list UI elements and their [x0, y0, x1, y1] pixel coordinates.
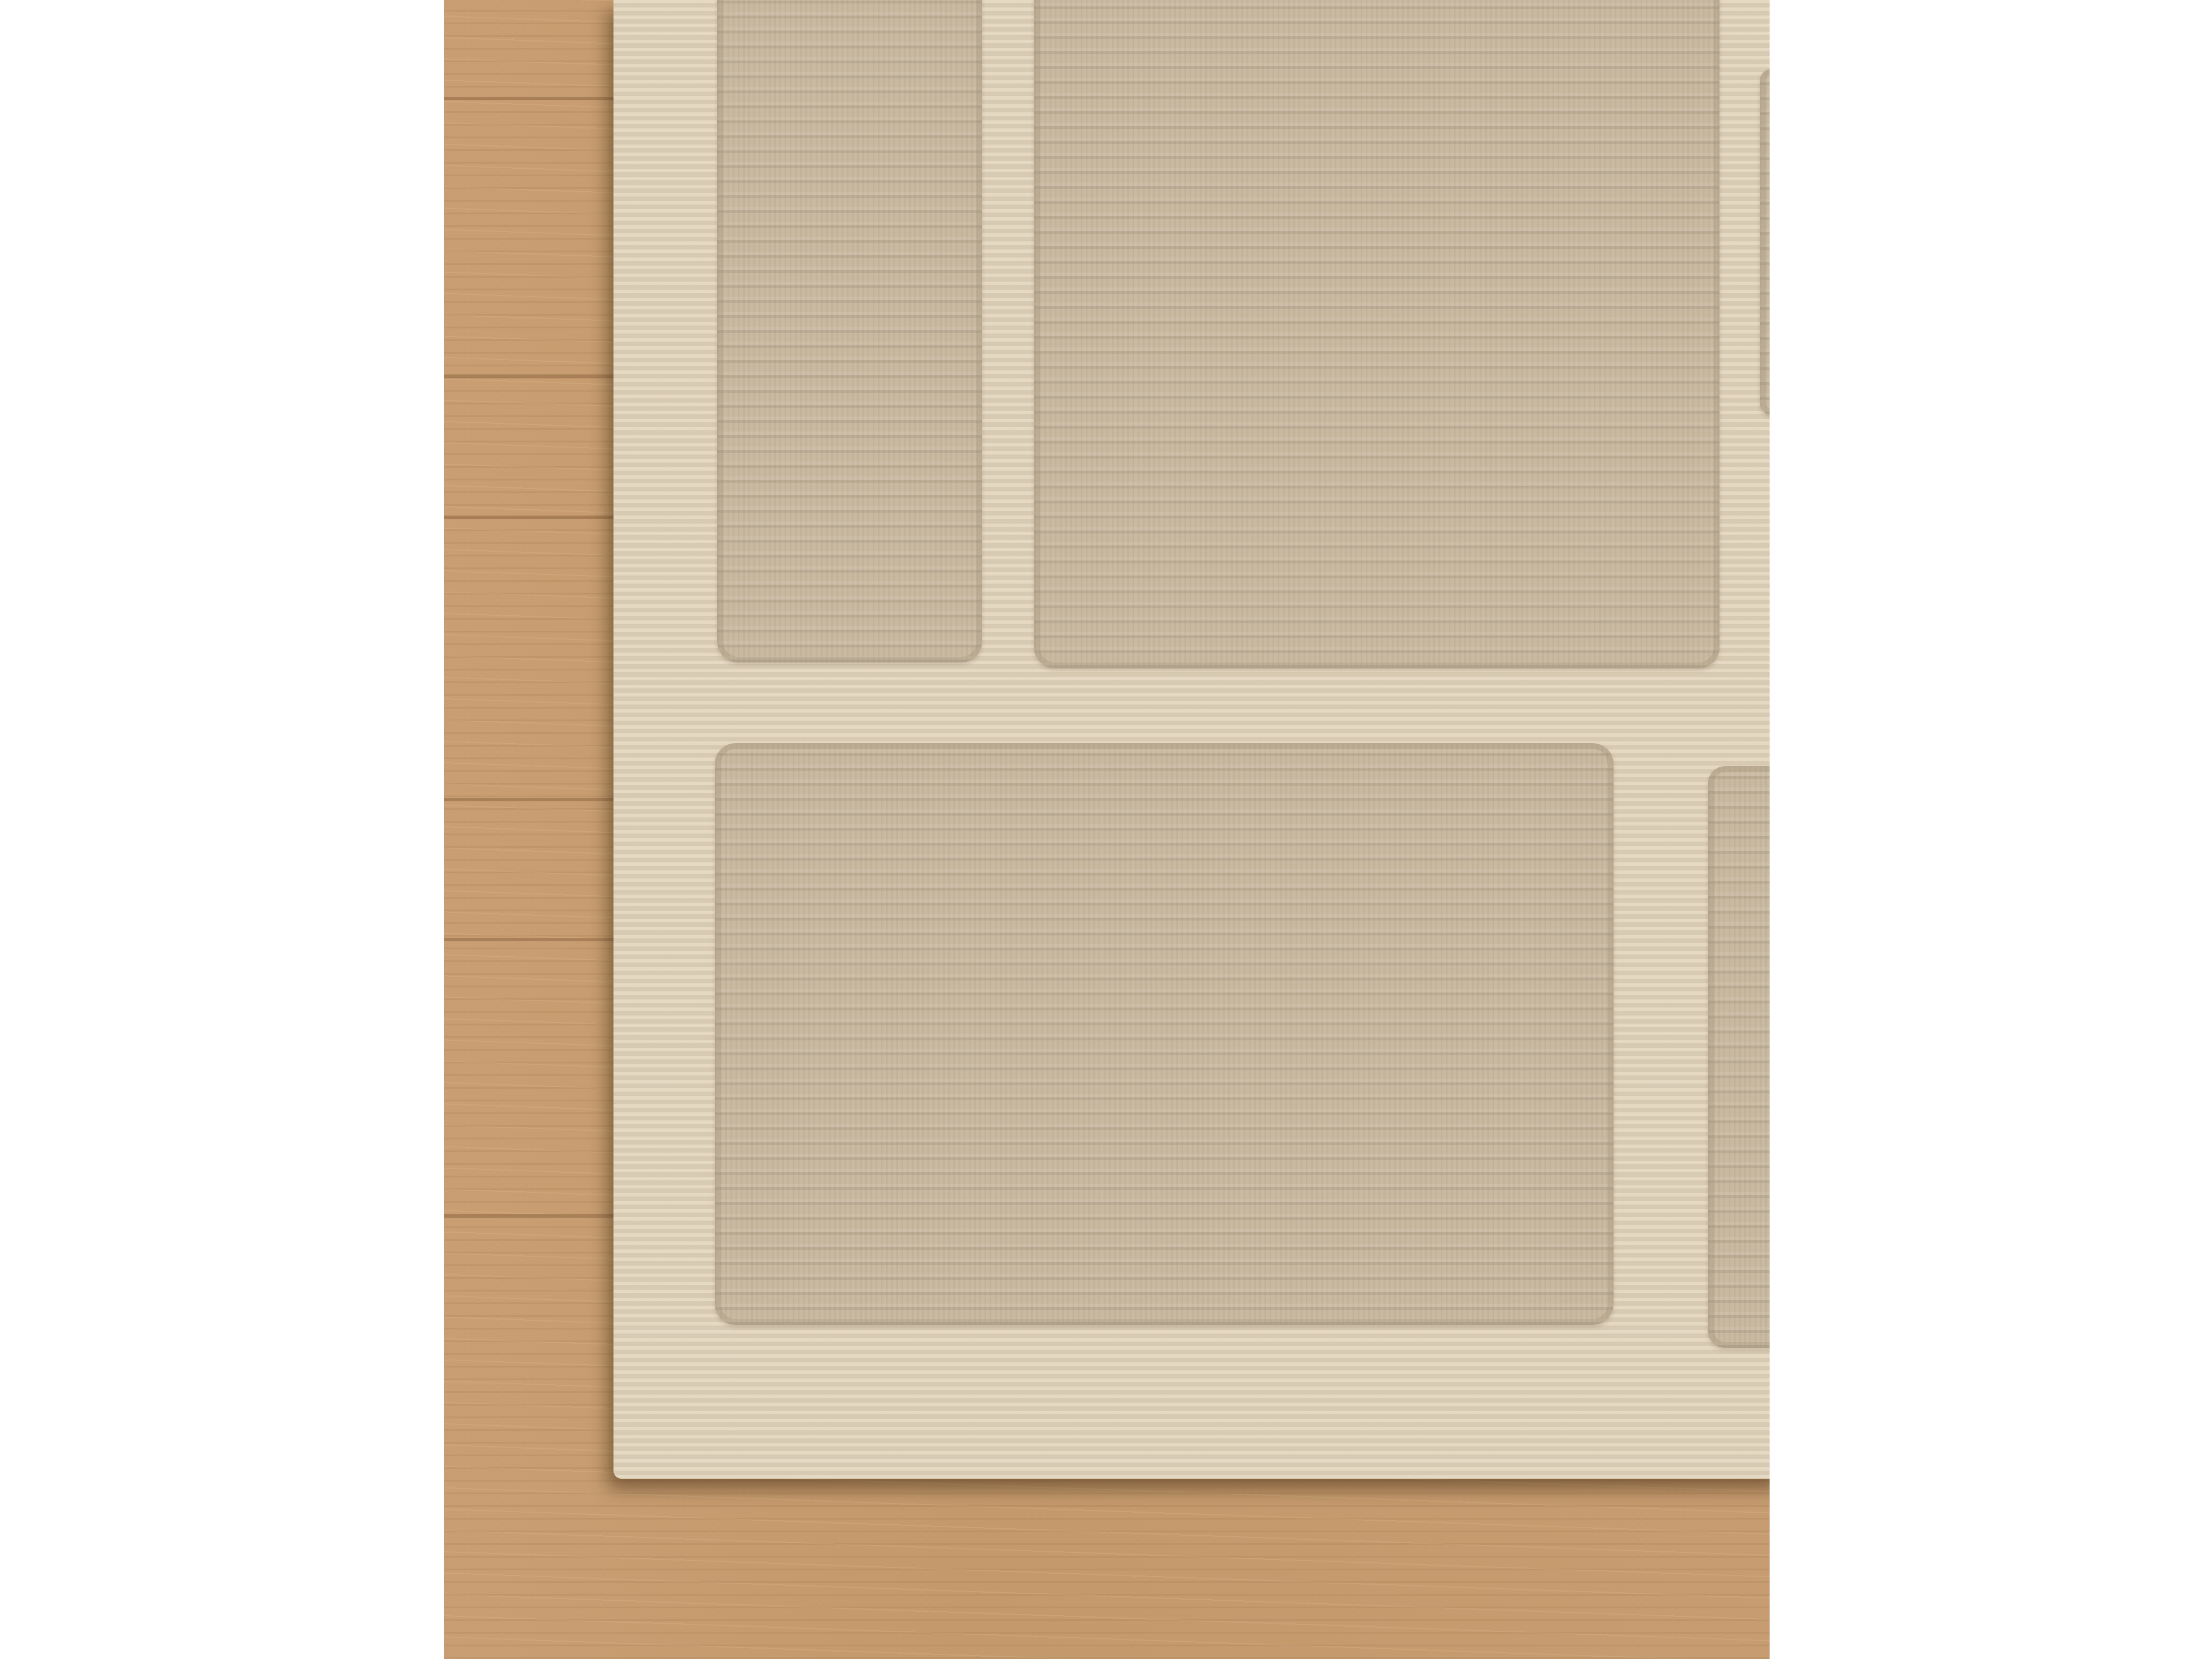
rug-panel [715, 743, 1613, 1325]
rug-panel [1708, 766, 1770, 1348]
rug-panel [717, 0, 982, 662]
product-photo [444, 0, 1770, 1659]
rug [613, 0, 1770, 1479]
rug-panel [1760, 69, 1770, 415]
rug-panel [1034, 0, 1719, 668]
